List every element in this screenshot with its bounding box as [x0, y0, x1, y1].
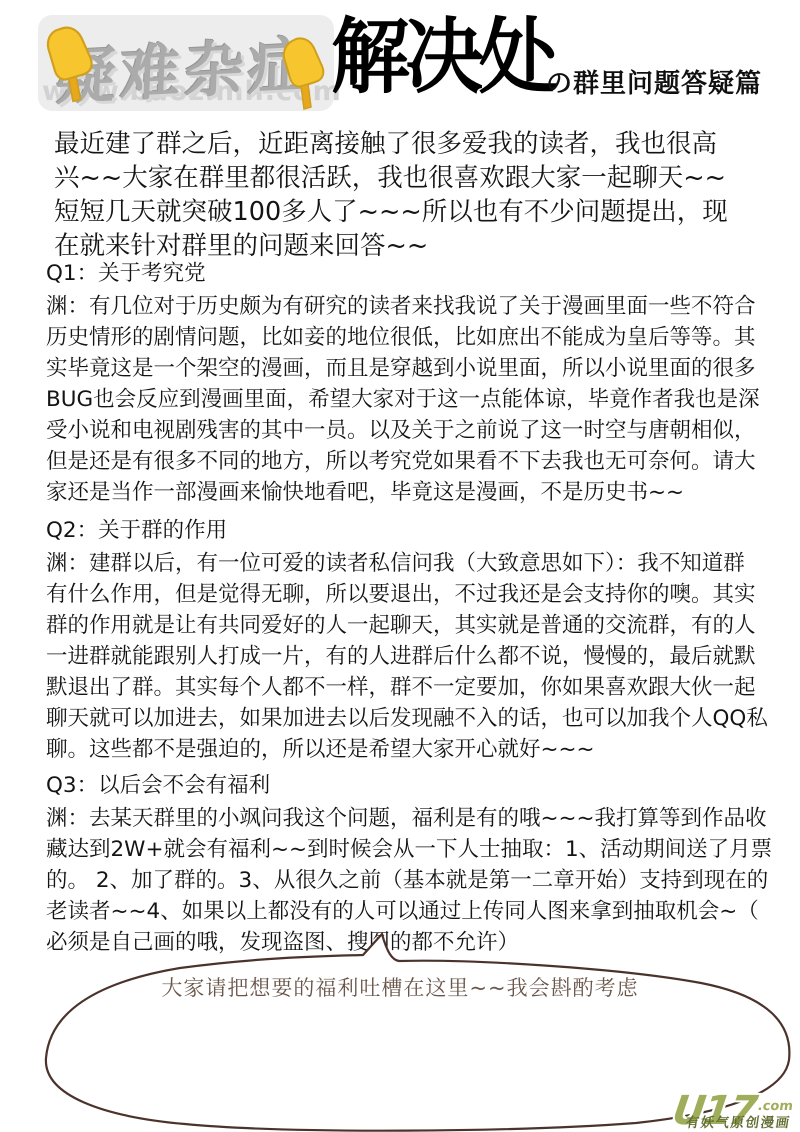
page-title: 解决处: [331, 12, 553, 104]
u17-tld: .com: [757, 1100, 794, 1113]
hand-icon: [276, 34, 336, 118]
u17-logo: U17 .com 有妖气原创漫画: [670, 1091, 795, 1131]
page-subtitle: の群里问题答疑篇: [546, 63, 762, 100]
u17-tagline: 有妖气原创漫画: [670, 1117, 791, 1131]
speech-bubble: [0, 0, 800, 1132]
hand-icon: [40, 24, 106, 110]
speech-bubble-text: 大家请把想要的福利吐槽在这里~~我会斟酌考虑: [0, 972, 800, 1002]
